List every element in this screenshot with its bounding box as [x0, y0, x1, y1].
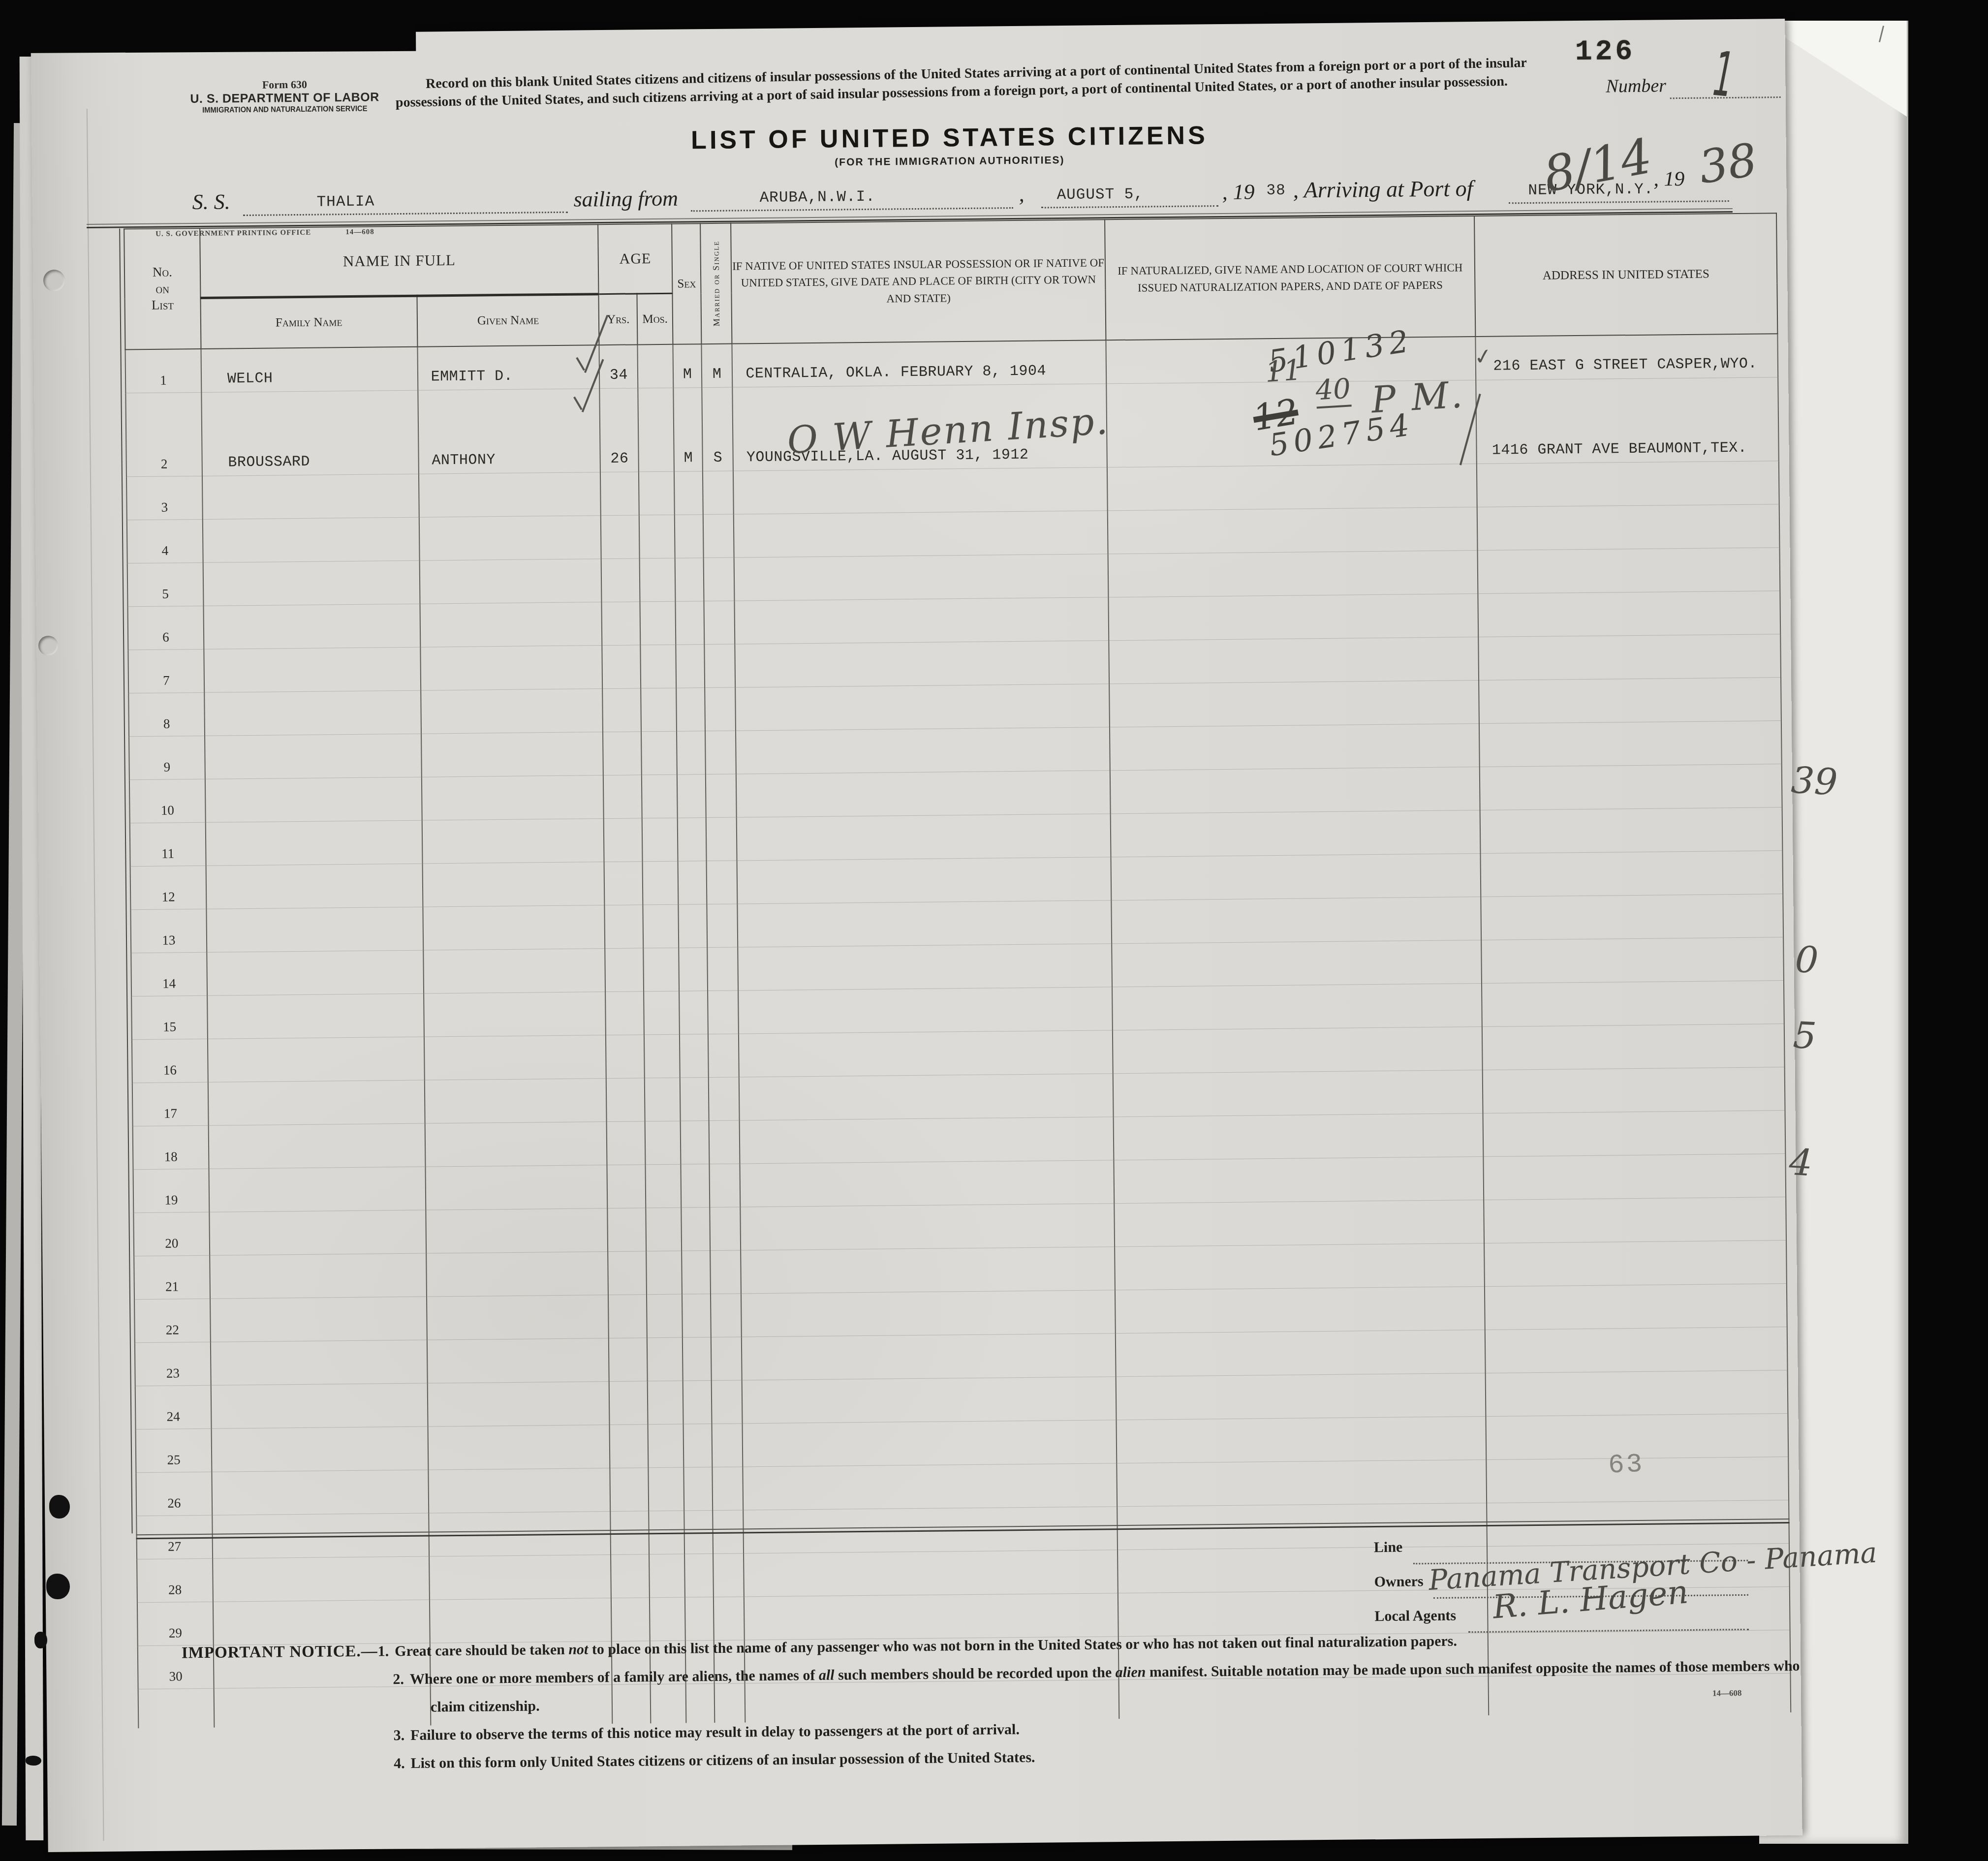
notice-item-number: 4. [394, 1755, 405, 1771]
sex-cell [678, 818, 707, 862]
age-mos-cell [644, 991, 680, 1035]
row-number: 3 [126, 476, 203, 520]
faint-number-stamp: 63 [1608, 1450, 1645, 1481]
given-name-cell [422, 819, 604, 864]
address-cell [1483, 1067, 1785, 1114]
plate-number: 14—608 [1712, 1688, 1742, 1699]
row-number: 14 [131, 952, 207, 996]
sex-cell [680, 1078, 709, 1121]
given-name-cell [421, 732, 604, 777]
address-cell [1479, 634, 1781, 681]
age-mos-cell [644, 1034, 680, 1078]
row-number: 2 [125, 392, 202, 476]
header-married-or-single-text: Married or Single [711, 241, 722, 327]
row-number: 28 [137, 1558, 213, 1602]
notice-text: List on this form only United States cit… [410, 1749, 1035, 1771]
margin-pencil-digit: 0 [1794, 938, 1820, 982]
sex-cell [677, 731, 706, 775]
header-age: AGE [598, 224, 672, 294]
notice-text: Great care should be taken [395, 1642, 568, 1659]
age-mos-cell [649, 1467, 684, 1511]
married-cell [706, 774, 737, 818]
given-name-cell [425, 1165, 608, 1210]
birthplace-cell [744, 1550, 1118, 1597]
given-name-cell [419, 559, 602, 604]
address-cell [1485, 1284, 1787, 1330]
address-cell [1479, 721, 1781, 767]
family-name-cell [203, 604, 420, 649]
married-cell [713, 1553, 744, 1597]
given-name-cell [428, 1468, 611, 1514]
given-name-cell: ANTHONY [418, 389, 600, 474]
address-cell [1478, 548, 1780, 594]
sex-cell [675, 558, 704, 602]
married-cell [705, 687, 736, 731]
departure-date: AUGUST 5, [1056, 186, 1144, 204]
married-cell [707, 904, 738, 948]
age-mos-cell [640, 601, 676, 645]
family-name-cell: BROUSSARD [201, 390, 419, 476]
age-yrs-cell [610, 1468, 649, 1512]
family-name-cell [210, 1253, 427, 1299]
married-cell [705, 644, 736, 688]
row-number: 20 [133, 1212, 210, 1256]
header-name-in-full: NAME IN FULL [200, 224, 599, 298]
age-mos-cell [643, 948, 679, 992]
age-mos-cell [647, 1294, 683, 1338]
married-cell [704, 601, 735, 645]
sex-cell [676, 688, 705, 732]
given-name-cell [427, 1295, 609, 1340]
ship-name: THALIA [316, 193, 374, 211]
departure-port: ARUBA,N.W.I. [759, 188, 875, 207]
family-name-cell [211, 1427, 428, 1472]
number-label: Number [1606, 75, 1666, 97]
naturalization-cell [1108, 594, 1478, 641]
address-cell [1483, 1111, 1785, 1157]
naturalization-cell [1111, 810, 1481, 857]
naturalization-cell [1113, 1113, 1483, 1160]
given-name-cell [419, 516, 601, 561]
address-cell [1477, 504, 1779, 551]
given-name-cell [420, 646, 603, 691]
row-number: 13 [130, 909, 207, 953]
age-yrs-cell [606, 1035, 645, 1079]
naturalization-cell [1116, 1416, 1486, 1463]
age-yrs-cell [604, 862, 643, 905]
ink-blob [26, 1756, 41, 1766]
sex-cell [678, 861, 707, 905]
given-name-cell [426, 1209, 608, 1254]
given-name-cell [424, 992, 606, 1037]
form-instructions: Record on this blank United States citiz… [395, 54, 1527, 112]
birthplace-cell [738, 987, 1112, 1034]
married-cell [704, 558, 735, 601]
naturalization-cell [1117, 1459, 1487, 1506]
age-yrs-cell [609, 1381, 648, 1425]
row-number: 4 [127, 519, 203, 563]
married-cell [708, 991, 739, 1034]
inspector-corrected-hour: 11 [1264, 353, 1303, 388]
birthplace-cell [738, 944, 1112, 991]
age-yrs-cell: 26 [600, 388, 639, 472]
age-yrs-cell [603, 732, 642, 775]
age-yrs-cell: 34 [599, 344, 638, 388]
age-mos-cell [643, 904, 679, 948]
ink-blob [34, 1632, 47, 1648]
birthplace-cell [742, 1334, 1116, 1380]
married-cell [705, 731, 736, 775]
age-mos-cell [646, 1208, 682, 1251]
row-number: 8 [128, 692, 205, 736]
birthplace-cell [740, 1160, 1114, 1207]
row-number: 25 [136, 1428, 212, 1472]
birthplace-cell [735, 641, 1109, 687]
naturalization-cell [1116, 1373, 1486, 1420]
birthplace-cell [739, 1074, 1113, 1120]
age-yrs-cell [610, 1425, 649, 1468]
passenger-rows: 1WELCHEMMITT D.34MMCENTRALIA, OKLA. FEBR… [125, 334, 1791, 1728]
ss-label: S. S. [192, 189, 230, 215]
address-cell [1481, 894, 1783, 940]
sex-cell [683, 1337, 712, 1381]
naturalization-cell [1111, 897, 1481, 943]
arrival-year-handwritten: 38 [1696, 133, 1761, 194]
family-name-cell [206, 820, 423, 866]
sex-cell [683, 1467, 713, 1511]
birthplace-cell [734, 511, 1108, 558]
married-cell [710, 1164, 741, 1208]
married-cell: M [702, 344, 733, 388]
family-name-cell [206, 864, 423, 909]
row-number: 6 [128, 606, 204, 650]
birthplace-cell [739, 1030, 1113, 1077]
header-naturalization: IF NATURALIZED, GIVE NAME AND LOCATION O… [1105, 216, 1476, 340]
birthplace-cell [743, 1420, 1117, 1467]
inspector-name: O W Henn Insp. [786, 399, 1110, 462]
age-yrs-cell [609, 1338, 648, 1382]
ink-blob [49, 1495, 70, 1519]
sex-cell [681, 1121, 710, 1165]
departure-port-blank: ARUBA,N.W.I. [690, 175, 1013, 212]
married-cell [706, 817, 737, 861]
owners-label: Owners [1374, 1573, 1423, 1590]
header-married-or-single: Married or Single [700, 223, 732, 344]
arrival-year-prefix: , 19 [1653, 167, 1684, 191]
family-name-cell [208, 1037, 425, 1082]
given-name-cell [426, 1252, 609, 1297]
given-name-cell [419, 472, 601, 518]
married-cell: S [702, 387, 733, 471]
address-cell [1484, 1197, 1786, 1243]
given-name-cell [420, 602, 602, 648]
given-name-cell [423, 905, 605, 951]
notice-text: such members should be recorded upon the [834, 1664, 1115, 1683]
sex-cell [682, 1294, 711, 1338]
given-name-cell [423, 949, 606, 994]
notice-heading: IMPORTANT NOTICE.— [182, 1643, 378, 1662]
notice-item-number: 2. [393, 1671, 404, 1687]
naturalization-cell [1112, 983, 1482, 1030]
family-name-cell [209, 1210, 426, 1255]
family-name-cell [203, 560, 420, 606]
birthplace-cell: CENTRALIA, OKLA. FEBRUARY 8, 1904 [732, 340, 1106, 387]
row-number: 15 [131, 995, 208, 1039]
age-yrs-cell [601, 515, 640, 559]
naturalization-cell [1113, 1070, 1483, 1117]
notice-text: to place on this list the name of any pa… [588, 1633, 1457, 1658]
sex-cell [681, 1164, 710, 1208]
row-number: 17 [132, 1082, 209, 1126]
age-yrs-cell [607, 1165, 646, 1209]
age-mos-cell [646, 1164, 682, 1208]
age-mos-cell [645, 1121, 681, 1165]
birthplace-cell [736, 771, 1110, 817]
margin-pencil-digit: 5 [1792, 1014, 1818, 1057]
birthplace-cell [735, 684, 1109, 731]
birthplace-cell [741, 1247, 1115, 1294]
row-number: 18 [133, 1125, 209, 1169]
sex-cell [679, 991, 708, 1035]
separator-comma: , [1019, 182, 1024, 207]
age-mos-cell [647, 1337, 683, 1381]
family-name-cell [204, 690, 421, 736]
ship-name-blank: THALIA [243, 179, 568, 216]
family-name-cell [208, 1123, 425, 1169]
naturalization-cell [1113, 1026, 1483, 1073]
row-number: 1 [125, 349, 201, 393]
line-label: Line [1374, 1539, 1403, 1556]
row-number: 11 [130, 822, 206, 866]
row-number: 12 [130, 866, 207, 909]
sex-cell [679, 948, 708, 992]
row-number: 26 [136, 1472, 212, 1516]
age-yrs-cell [600, 472, 639, 516]
married-cell [710, 1250, 741, 1294]
age-yrs-cell [601, 558, 640, 602]
married-cell [707, 861, 738, 904]
sex-cell [676, 601, 705, 645]
notice-emphasis: not [568, 1641, 588, 1657]
notice-item-number: 1. [378, 1643, 389, 1659]
punch-hole [43, 270, 65, 291]
inspector-meridiem: P M. [1370, 373, 1465, 422]
age-yrs-cell [611, 1554, 650, 1598]
sex-cell [677, 775, 706, 818]
age-mos-cell [648, 1381, 683, 1425]
married-cell [712, 1380, 743, 1424]
arriving-at-port-label: , Arriving at Port of [1293, 175, 1473, 203]
naturalization-cell [1111, 853, 1481, 900]
sheet-crease-line [87, 109, 104, 1841]
given-name-cell [428, 1425, 610, 1470]
address-cell [1482, 1024, 1784, 1070]
married-cell [703, 471, 734, 515]
row-number: 10 [129, 779, 206, 823]
age-mos-cell [640, 558, 676, 602]
birthplace-cell [738, 900, 1112, 947]
given-name-cell [422, 862, 605, 907]
address-cell [1486, 1370, 1788, 1417]
naturalization-cell [1114, 1200, 1484, 1246]
departure-year-prefix: , 19 [1222, 179, 1254, 205]
sex-cell [683, 1424, 713, 1468]
address-cell [1479, 678, 1781, 724]
married-cell [709, 1077, 740, 1121]
family-name-cell [203, 517, 420, 562]
birthplace-cell [741, 1290, 1115, 1337]
married-cell [711, 1337, 742, 1381]
family-name-cell [208, 1080, 425, 1125]
page-number-stamp: 126 [1575, 36, 1636, 68]
age-mos-cell [641, 731, 677, 775]
scan-shadow [0, 0, 416, 53]
address-cell [1484, 1241, 1786, 1287]
age-yrs-cell [602, 602, 641, 646]
family-name-cell [210, 1297, 427, 1342]
header-family-name: Family Name [200, 296, 417, 349]
sex-cell [682, 1251, 711, 1295]
row-number: 21 [134, 1255, 210, 1299]
sex-cell [674, 471, 703, 515]
naturalization-cell [1110, 767, 1480, 813]
address-cell [1477, 461, 1779, 507]
notice-emphasis: all [819, 1667, 835, 1683]
married-cell [709, 1120, 740, 1164]
header-given-name: Given Name [417, 294, 599, 347]
sex-cell [676, 645, 705, 688]
row-number: 7 [128, 649, 204, 693]
family-name-cell [207, 950, 424, 995]
address-cell [1484, 1154, 1786, 1200]
birthplace-cell [741, 1204, 1115, 1250]
sex-cell [681, 1208, 710, 1251]
departure-date-blank: AUGUST 5, [1041, 173, 1218, 208]
birthplace-cell [734, 554, 1108, 601]
row-number: 23 [135, 1342, 211, 1386]
sex-cell [683, 1381, 712, 1425]
age-yrs-cell [603, 688, 642, 732]
naturalization-cell [1112, 940, 1482, 987]
given-name-cell [427, 1338, 610, 1384]
age-mos-cell [645, 1078, 681, 1121]
given-name-cell [424, 1035, 607, 1081]
given-name-cell [421, 689, 603, 734]
married-cell [708, 1034, 739, 1078]
age-yrs-cell [605, 948, 644, 992]
age-yrs-cell [605, 905, 644, 949]
age-yrs-cell [603, 775, 642, 819]
birthplace-cell [742, 1377, 1116, 1424]
naturalization-cell [1108, 551, 1478, 597]
married-cell [713, 1467, 744, 1511]
family-name-cell [205, 734, 422, 779]
birthplace-cell [735, 597, 1109, 644]
age-yrs-cell [608, 1251, 647, 1295]
header-age-mos: Mos. [637, 293, 673, 344]
age-mos-cell [646, 1251, 682, 1295]
inspector-struck-time: 12 [1250, 391, 1301, 439]
address-cell [1482, 937, 1784, 984]
local-agents-label: Local Agents [1374, 1608, 1456, 1625]
age-mos-cell [638, 344, 674, 388]
family-name-cell [204, 647, 421, 692]
number-handwritten-value: 1 [1710, 38, 1737, 111]
birthplace-cell [737, 857, 1111, 904]
birthplace-cell [743, 1463, 1117, 1510]
age-yrs-cell [602, 645, 641, 689]
family-name-cell: WELCH [201, 347, 418, 393]
address-cell [1482, 981, 1784, 1027]
naturalization-cell [1115, 1286, 1485, 1333]
naturalization-cell [1110, 724, 1480, 771]
age-mos-cell [643, 861, 679, 905]
given-name-cell [422, 775, 604, 821]
address-cell [1480, 807, 1782, 854]
age-mos-cell [639, 471, 675, 515]
family-name-cell [213, 1556, 430, 1602]
birthplace-cell [740, 1117, 1114, 1164]
address-cell [1480, 764, 1782, 810]
family-name-cell [205, 777, 422, 822]
manifest-form-page: Form 630 U. S. DEPARTMENT OF LABOR IMMIG… [31, 19, 1802, 1852]
given-name-cell: EMMITT D. [417, 345, 600, 390]
naturalization-cell [1114, 1156, 1484, 1203]
family-name-cell [206, 907, 423, 952]
notice-item-number: 3. [393, 1727, 404, 1743]
family-name-cell [207, 993, 424, 1039]
service-name: IMMIGRATION AND NATURALIZATION SERVICE [156, 104, 414, 116]
age-mos-cell [648, 1424, 684, 1468]
sex-cell [680, 1034, 709, 1078]
naturalization-cell [1116, 1330, 1486, 1376]
margin-pencil-digit: 39 [1790, 759, 1839, 804]
age-yrs-cell [607, 1121, 646, 1165]
departure-year-typed: 38 [1266, 182, 1286, 199]
age-mos-cell [642, 775, 678, 818]
sex-cell [684, 1554, 714, 1598]
address-cell [1478, 591, 1780, 637]
birthplace-cell [737, 814, 1111, 861]
sex-cell [675, 515, 704, 558]
row-number: 22 [134, 1299, 211, 1342]
ink-blob [46, 1574, 70, 1599]
married-cell [703, 514, 734, 558]
row-number: 16 [132, 1039, 208, 1083]
naturalization-cell [1108, 507, 1478, 554]
given-name-cell [429, 1555, 612, 1600]
naturalization-cell [1109, 681, 1479, 727]
inspector-minutes: 40 [1315, 372, 1352, 408]
birthplace-cell [736, 727, 1110, 774]
married-cell [710, 1207, 741, 1251]
age-yrs-cell [608, 1295, 647, 1338]
naturalization-cell [1109, 637, 1479, 684]
margin-pencil-digit: 4 [1788, 1141, 1814, 1184]
married-cell [711, 1294, 742, 1337]
family-name-cell [211, 1383, 428, 1428]
married-cell [712, 1424, 743, 1467]
given-name-cell [424, 1079, 607, 1124]
age-mos-cell [638, 388, 674, 472]
family-name-cell [212, 1470, 429, 1515]
header-sex: Sex [672, 223, 701, 344]
address-cell [1485, 1327, 1787, 1373]
row-number: 24 [135, 1385, 212, 1429]
age-mos-cell [641, 645, 677, 688]
sex-cell: M [673, 388, 703, 472]
age-yrs-cell [606, 1078, 645, 1122]
